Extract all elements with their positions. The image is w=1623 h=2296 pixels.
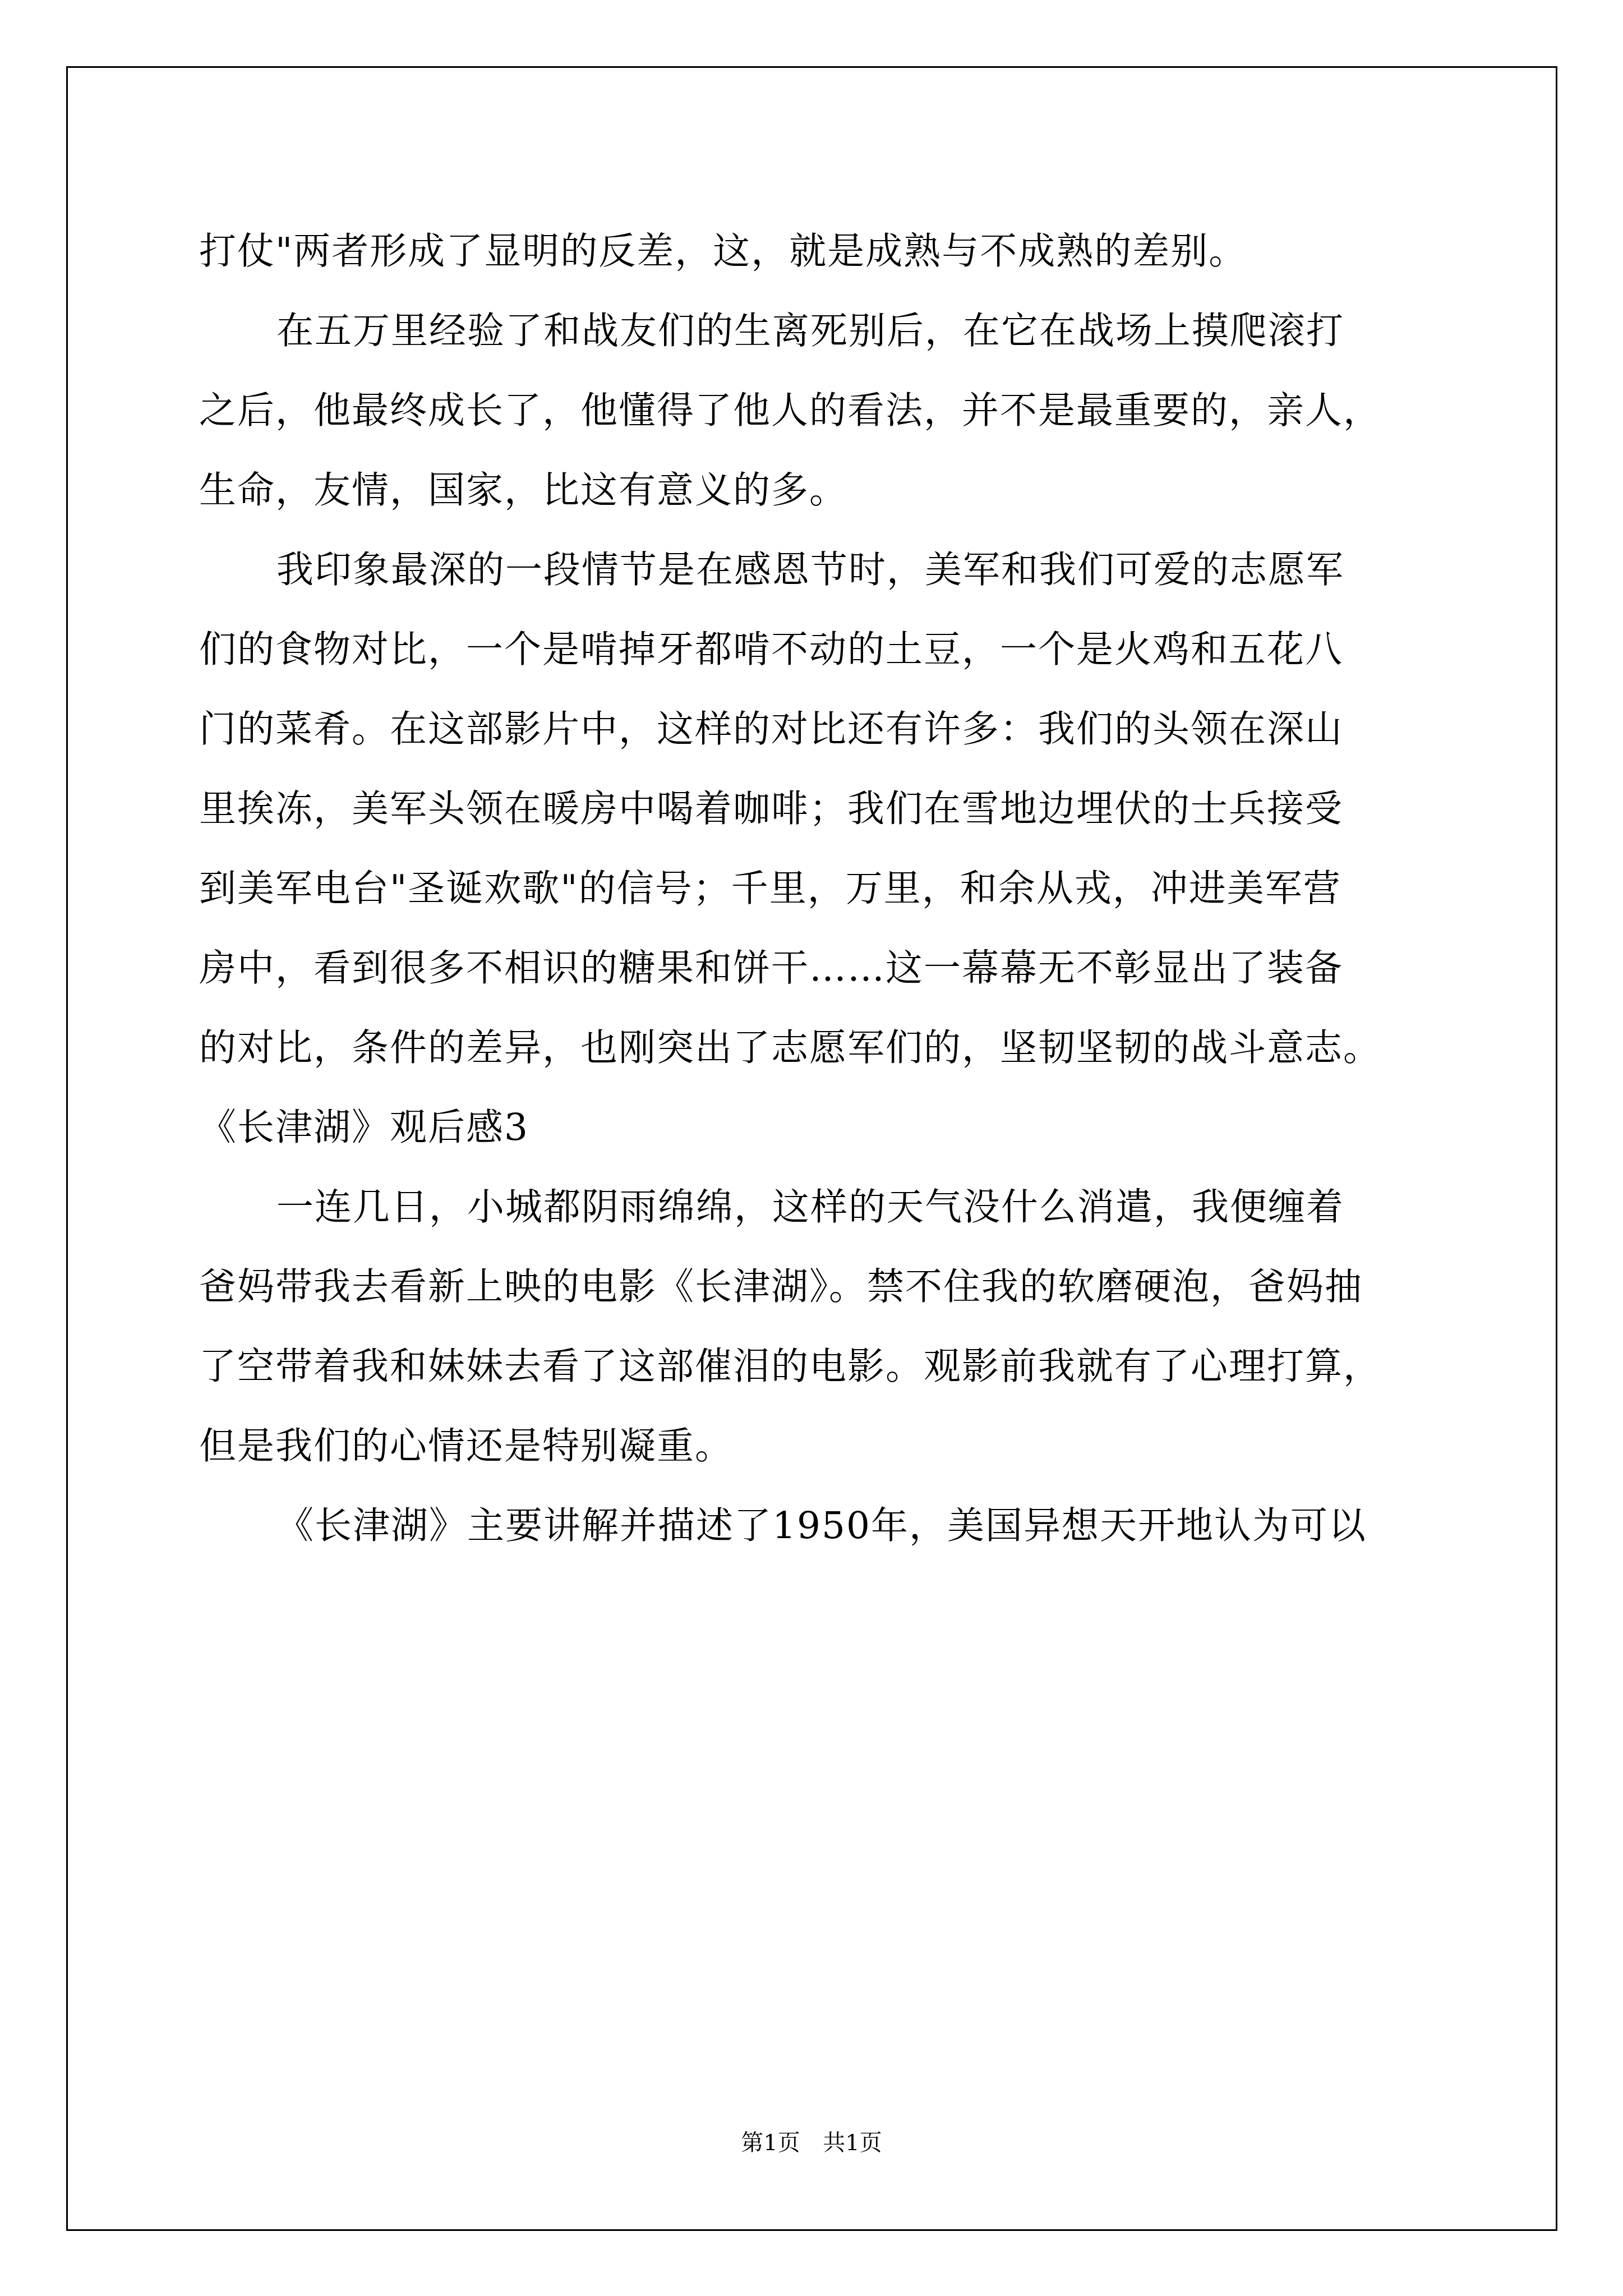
text-line: 但是我们的心情还是特别凝重。 xyxy=(199,1418,1433,1498)
paragraph-first-line: 在五万里经验了和战友们的生离死别后，在它在战场上摸爬滚打 xyxy=(199,303,1433,383)
text-line: 了空带着我和妹妹去看了这部催泪的电影。观影前我就有了心理打算， xyxy=(199,1338,1433,1418)
document-body: 打仗"两者形成了显明的反差，这，就是成熟与不成熟的差别。 在五万里经验了和战友们… xyxy=(199,223,1433,1577)
paragraph-first-line: 一连几日，小城都阴雨绵绵，这样的天气没什么消遣，我便缠着 xyxy=(199,1179,1433,1259)
text-line: 的对比，条件的差异，也刚突出了志愿军们的，坚韧坚韧的战斗意志。 xyxy=(199,1020,1433,1099)
page-footer: 第1页 共1页 xyxy=(0,2129,1623,2157)
page-number-current: 第1页 xyxy=(741,2129,800,2157)
section-heading: 《长津湖》观后感3 xyxy=(199,1099,1433,1179)
text-line: 生命，友情，国家，比这有意义的多。 xyxy=(199,462,1433,542)
text-line: 爸妈带我去看新上映的电影《长津湖》。禁不住我的软磨硬泡，爸妈抽 xyxy=(199,1259,1433,1338)
paragraph-first-line: 我印象最深的一段情节是在感恩节时，美军和我们可爱的志愿军 xyxy=(199,542,1433,622)
page-number-total: 共1页 xyxy=(823,2129,882,2157)
text-line: 打仗"两者形成了显明的反差，这，就是成熟与不成熟的差别。 xyxy=(199,223,1433,303)
text-line: 房中，看到很多不相识的糖果和饼干……这一幕幕无不彰显出了装备 xyxy=(199,940,1433,1020)
text-line: 们的食物对比，一个是啃掉牙都啃不动的土豆，一个是火鸡和五花八 xyxy=(199,622,1433,701)
text-line: 里挨冻，美军头领在暖房中喝着咖啡；我们在雪地边埋伏的士兵接受 xyxy=(199,781,1433,861)
text-line: 门的菜肴。在这部影片中，这样的对比还有许多：我们的头领在深山 xyxy=(199,701,1433,781)
text-line: 之后，他最终成长了，他懂得了他人的看法，并不是最重要的，亲人， xyxy=(199,383,1433,462)
paragraph-first-line: 《长津湖》主要讲解并描述了1950年，美国异想天开地认为可以 xyxy=(199,1498,1433,1577)
text-line: 到美军电台"圣诞欢歌"的信号；千里，万里，和余从戎，冲进美军营 xyxy=(199,861,1433,940)
